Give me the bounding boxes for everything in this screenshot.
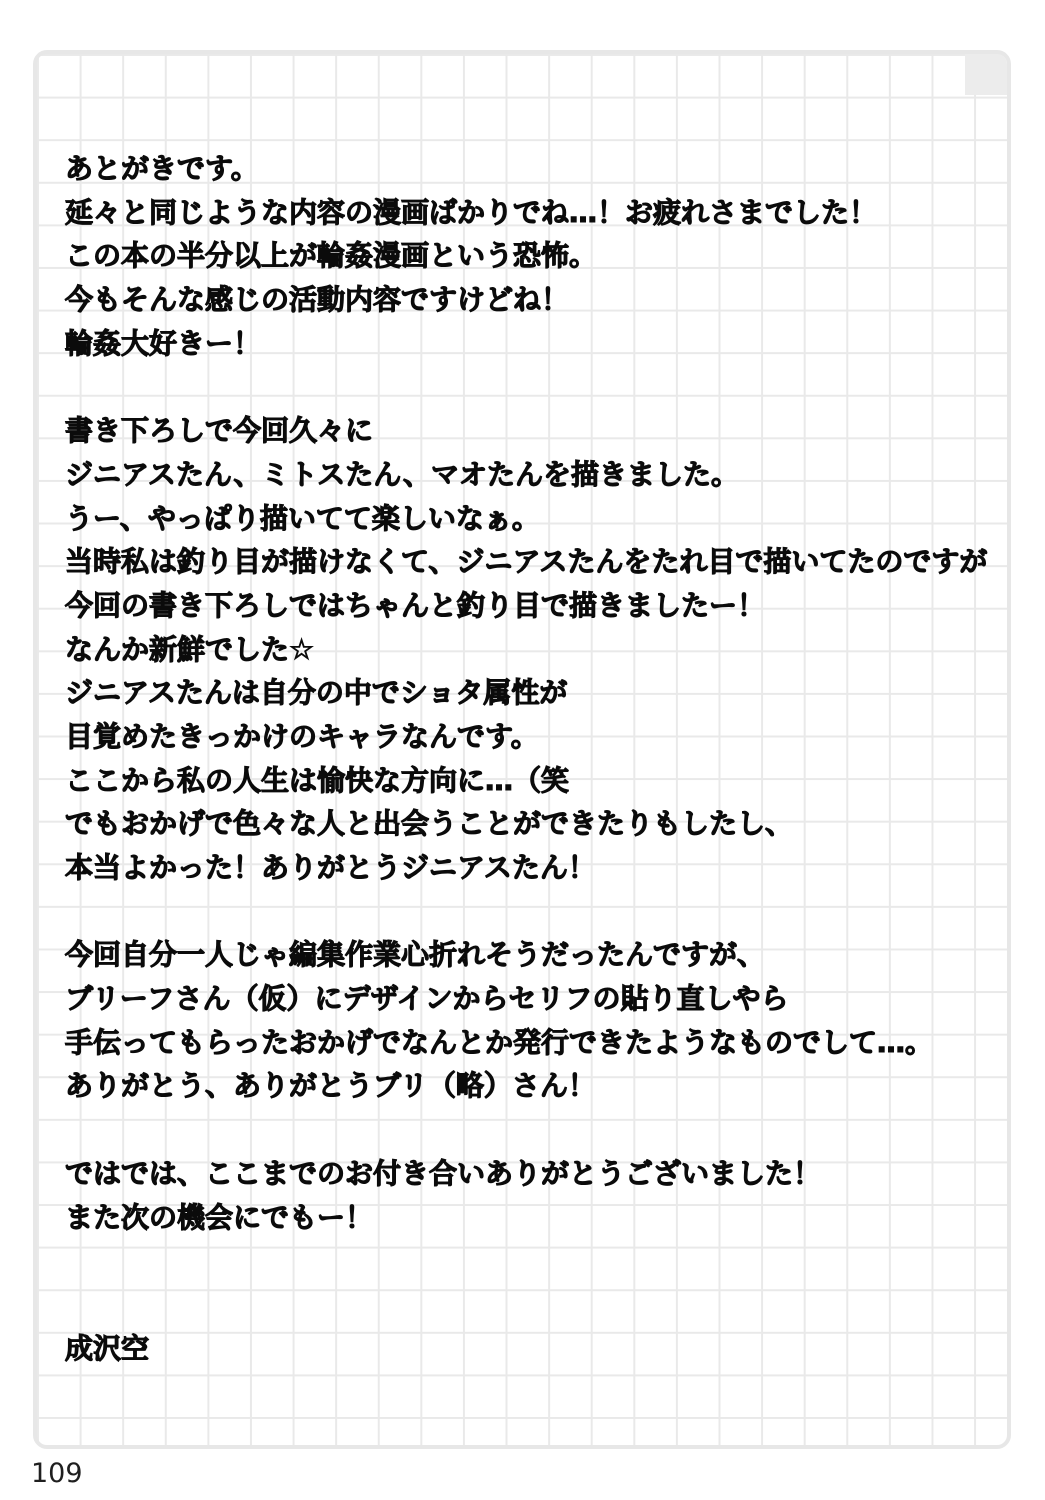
text-line: 当時私は釣り目が描けなくて、ジニアスたんをたれ目で描いてたのですが [65,540,995,584]
text-line: なんか新鮮でした☆ [65,628,995,672]
blank-line [65,1108,995,1152]
text-line: 今回自分一人じゃ編集作業心折れそうだったんですが、 [65,933,995,977]
grid-paper: あとがきです。延々と同じような内容の漫画ばかりでね…！お疲れさまでした！この本の… [33,50,1011,1449]
text-line: 今もそんな感じの活動内容ですけどね！ [65,278,995,322]
text-line: ブリーフさん（仮）にデザインからセリフの貼り直しやら [65,977,995,1021]
text-line: 成沢空 [65,1327,995,1371]
blank-line [65,1239,995,1283]
text-line: 今回の書き下ろしではちゃんと釣り目で描きましたー！ [65,584,995,628]
text-line: ではでは、ここまでのお付き合いありがとうございました！ [65,1152,995,1196]
text-line: ジニアスたん、ミトスたん、マオたんを描きました。 [65,453,995,497]
text-line: この本の半分以上が輪姦漫画という恐怖。 [65,234,995,278]
afterword-text: あとがきです。延々と同じような内容の漫画ばかりでね…！お疲れさまでした！この本の… [65,147,995,1370]
blank-line [65,890,995,934]
text-line: ジニアスたんは自分の中でショタ属性が [65,671,995,715]
text-line: 延々と同じような内容の漫画ばかりでね…！お疲れさまでした！ [65,191,995,235]
text-line: ありがとう、ありがとうブリ（略）さん！ [65,1064,995,1108]
text-line: また次の機会にでもー！ [65,1196,995,1240]
text-line: 書き下ろしで今回久々に [65,409,995,453]
text-line: 輪姦大好きー！ [65,322,995,366]
text-line: 手伝ってもらったおかげでなんとか発行できたようなものでして…。 [65,1021,995,1065]
blank-line [65,365,995,409]
page-number: 109 [31,1458,83,1489]
scanned-page: あとがきです。延々と同じような内容の漫画ばかりでね…！お疲れさまでした！この本の… [0,0,1045,1500]
text-line: 本当よかった！ありがとうジニアスたん！ [65,846,995,890]
blank-line [65,1283,995,1327]
text-line: でもおかげで色々な人と出会うことができたりもしたし、 [65,802,995,846]
text-line: ここから私の人生は愉快な方向に…（笑 [65,759,995,803]
text-line: うー、やっぱり描いてて楽しいなぁ。 [65,497,995,541]
grid-corner-cell [965,54,1007,95]
text-line: あとがきです。 [65,147,995,191]
text-line: 目覚めたきっかけのキャラなんです。 [65,715,995,759]
